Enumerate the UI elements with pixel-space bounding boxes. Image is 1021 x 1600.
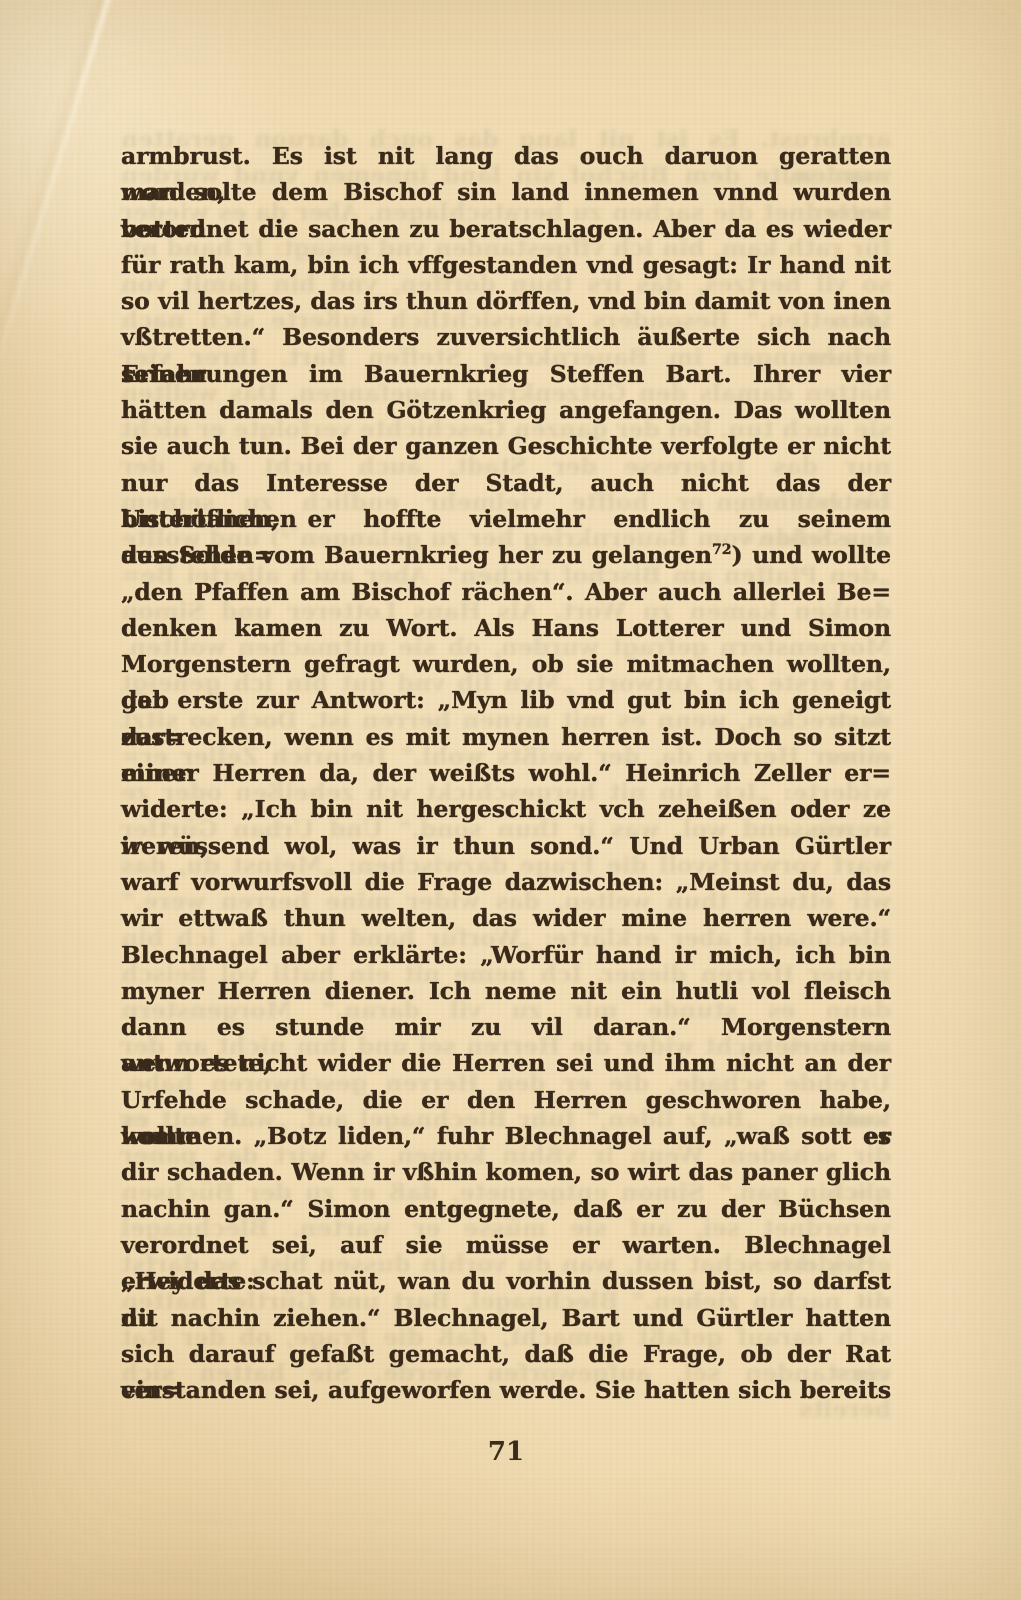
text-line: nur das Interesse der Stadt, auch nicht … [121,465,891,501]
text-line: „Hey das schat nüt, wan du vorhin dussen… [121,1263,891,1299]
text-line: sich darauf gefaßt gemacht, daß die Frag… [121,1336,891,1372]
text-line: warf vorwurfsvoll die Frage dazwischen: … [121,864,891,900]
text-line: zustrecken, wenn es mit mynen herren ist… [121,719,891,755]
text-line: verordnet die sachen zu beratschlagen. A… [121,211,891,247]
text-line: miner Herren da, der weißts wohl.“ Heinr… [121,755,891,791]
text-line: sie auch tun. Bei der ganzen Geschichte … [121,428,891,464]
text-line: widerte: „Ich bin nit hergeschickt vch z… [121,791,891,827]
page-number: 71 [121,1437,891,1467]
text-line: nit nachin ziehen.“ Blechnagel, Bart und… [121,1300,891,1336]
text-line: „den Pfaffen am Bischof rächen“. Aber au… [121,574,891,610]
text-line: kommen. „Botz liden,“ fuhr Blechnagel au… [121,1118,891,1154]
text-line: Blechnagel aber erklärte: „Worfür hand i… [121,937,891,973]
text-line: für rath kam, bin ich vffgestanden vnd g… [121,247,891,283]
body-text-block: armbrust. Es ist nit lang das ouch daruo… [121,138,891,1408]
text-line: verstanden sei, aufgeworfen werde. Sie h… [121,1372,891,1408]
text-line: wenn es nicht wider die Herren sei und i… [121,1045,891,1081]
text-line: verordnet sei, auf sie müsse er warten. … [121,1227,891,1263]
text-line: armbrust. Es ist nit lang das ouch daruo… [121,138,891,174]
book-page-scan: armbrust. Es ist nit lang das ouch daruo… [0,0,1021,1600]
text-line: nachin gan.“ Simon entgegnete, daß er zu… [121,1191,891,1227]
paper-crease [0,0,122,410]
text-line: ir wüssend wol, was ir thun sond.“ Und U… [121,828,891,864]
text-line: der erste zur Antwort: „Myn lib vnd gut … [121,682,891,718]
text-line: denken kamen zu Wort. Als Hans Lotterer … [121,610,891,646]
text-line: wir ettwaß thun welten, das wider mine h… [121,900,891,936]
text-line: Untertanen, er hoffte vielmehr endlich z… [121,501,891,537]
text-line: hätten damals den Götzenkrieg angefangen… [121,392,891,428]
text-line: den Solde vom Bauernkrieg her zu gelange… [121,537,891,573]
text-line: Erfahrungen im Bauernkrieg Steffen Bart.… [121,356,891,392]
text-line: Morgenstern gefragt wurden, ob sie mitma… [121,646,891,682]
text-line: so vil hertzes, das irs thun dörffen, vn… [121,283,891,319]
text-line: vßtretten.“ Besonders zuversichtlich äuß… [121,319,891,355]
text-line: dann es stunde mir zu vil daran.“ Morgen… [121,1009,891,1045]
text-line: man solte dem Bischof sin land innemen v… [121,174,891,210]
text-line: Urfehde schade, die er den Herren geschw… [121,1082,891,1118]
text-line: myner Herren diener. Ich neme nit ein hu… [121,973,891,1009]
text-line: dir schaden. Wenn ir vßhin komen, so wir… [121,1154,891,1190]
